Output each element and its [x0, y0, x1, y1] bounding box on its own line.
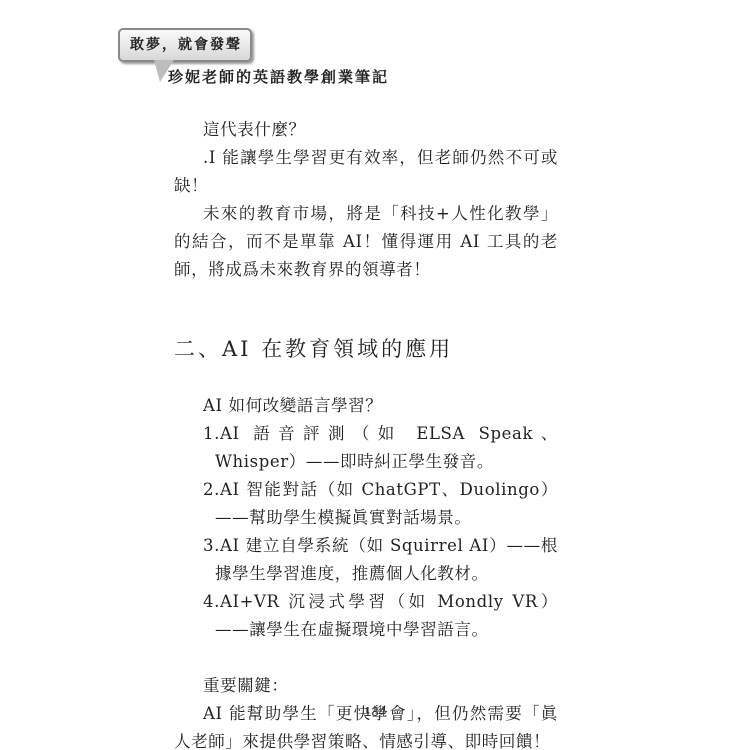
intro-line-3: 未來的教育市場，將是「科技+人性化教學」的結合，而不是單靠 AI！懂得運用 AI… — [174, 200, 558, 284]
section-question: AI 如何改變語言學習？ — [174, 392, 558, 420]
intro-line-2: .I 能讓學生學習更有效率，但老師仍然不可或缺！ — [174, 144, 558, 200]
spacer — [174, 644, 558, 672]
speech-bubble-icon: 敢夢，就會發聲 — [118, 28, 252, 62]
page-number: 134 — [0, 704, 750, 719]
intro-line-1: 這代表什麼？ — [174, 116, 558, 144]
list-item: 1.AI 語音評測（如 ELSA Speak、Whisper）——即時糾正學生發… — [174, 420, 558, 476]
book-header: 敢夢，就會發聲 珍妮老師的英語教學創業筆記 — [118, 28, 418, 90]
book-title: 敢夢，就會發聲 — [130, 34, 242, 54]
list-item: 4.AI+VR 沉浸式學習（如 Mondly VR）——讓學生在虛擬環境中學習語… — [174, 588, 558, 644]
section-heading: 二、AI 在教育領域的應用 — [174, 334, 558, 364]
list-item: 2.AI 智能對話（如 ChatGPT、Duolingo）——幫助學生模擬眞實對… — [174, 476, 558, 532]
page-body: 這代表什麼？ .I 能讓學生學習更有效率，但老師仍然不可或缺！ 未來的教育市場，… — [174, 116, 558, 750]
book-subtitle: 珍妮老師的英語教學創業筆記 — [168, 66, 389, 87]
key-point-label: 重要關鍵： — [174, 672, 558, 700]
list-item: 3.AI 建立自學系統（如 Squirrel AI）——根據學生學習進度，推薦個… — [174, 532, 558, 588]
